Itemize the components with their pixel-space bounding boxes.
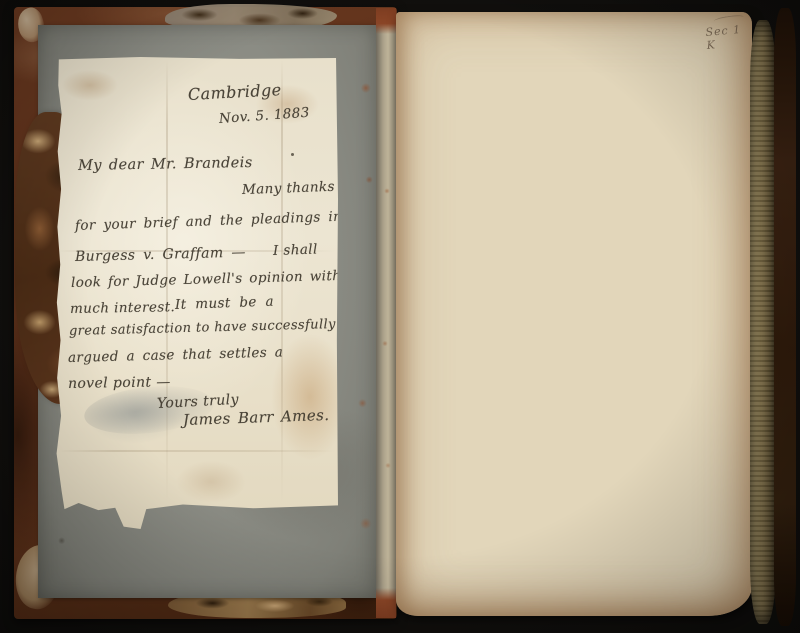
letter-body-line-9: novel point — xyxy=(68,374,171,392)
letter-body-line-3: I shall xyxy=(273,241,318,259)
letter-signature: James Barr Ames. xyxy=(183,406,330,429)
book-photograph: Cambridge Nov. 5. 1883 My dear Mr. Brand… xyxy=(0,0,800,633)
ink-dot xyxy=(291,153,294,156)
letter-body-line-6: It must be a xyxy=(175,294,274,313)
letter-place: Cambridge xyxy=(188,80,282,104)
text-block-fore-edge xyxy=(750,20,776,624)
pasted-letter: Cambridge Nov. 5. 1883 My dear Mr. Brand… xyxy=(56,57,338,529)
blank-right-page: Sec 1 K xyxy=(396,12,752,616)
back-cover-fore-edge xyxy=(774,8,796,626)
letter-salutation: My dear Mr. Brandeis xyxy=(78,155,253,174)
letter-body-line-5: much interest. xyxy=(70,299,175,317)
letter-body-line-8: argued a case that settles a xyxy=(68,344,284,366)
shelf-mark-annotation: Sec 1 K xyxy=(705,22,753,52)
letter-body-line-2: Burgess v. Graffam — xyxy=(75,245,246,265)
gutter-hinge xyxy=(376,8,396,618)
letter-body-line-7: great satisfaction to have successfully xyxy=(69,317,336,339)
letter-body-line-1: for your brief and the pleadings in xyxy=(75,209,343,234)
letter-body-line-4: look for Judge Lowell's opinion with xyxy=(71,268,342,291)
letter-opening: Many thanks xyxy=(242,179,335,198)
letter-date: Nov. 5. 1883 xyxy=(218,105,310,127)
letter-fold-horizontal-2 xyxy=(58,450,336,452)
